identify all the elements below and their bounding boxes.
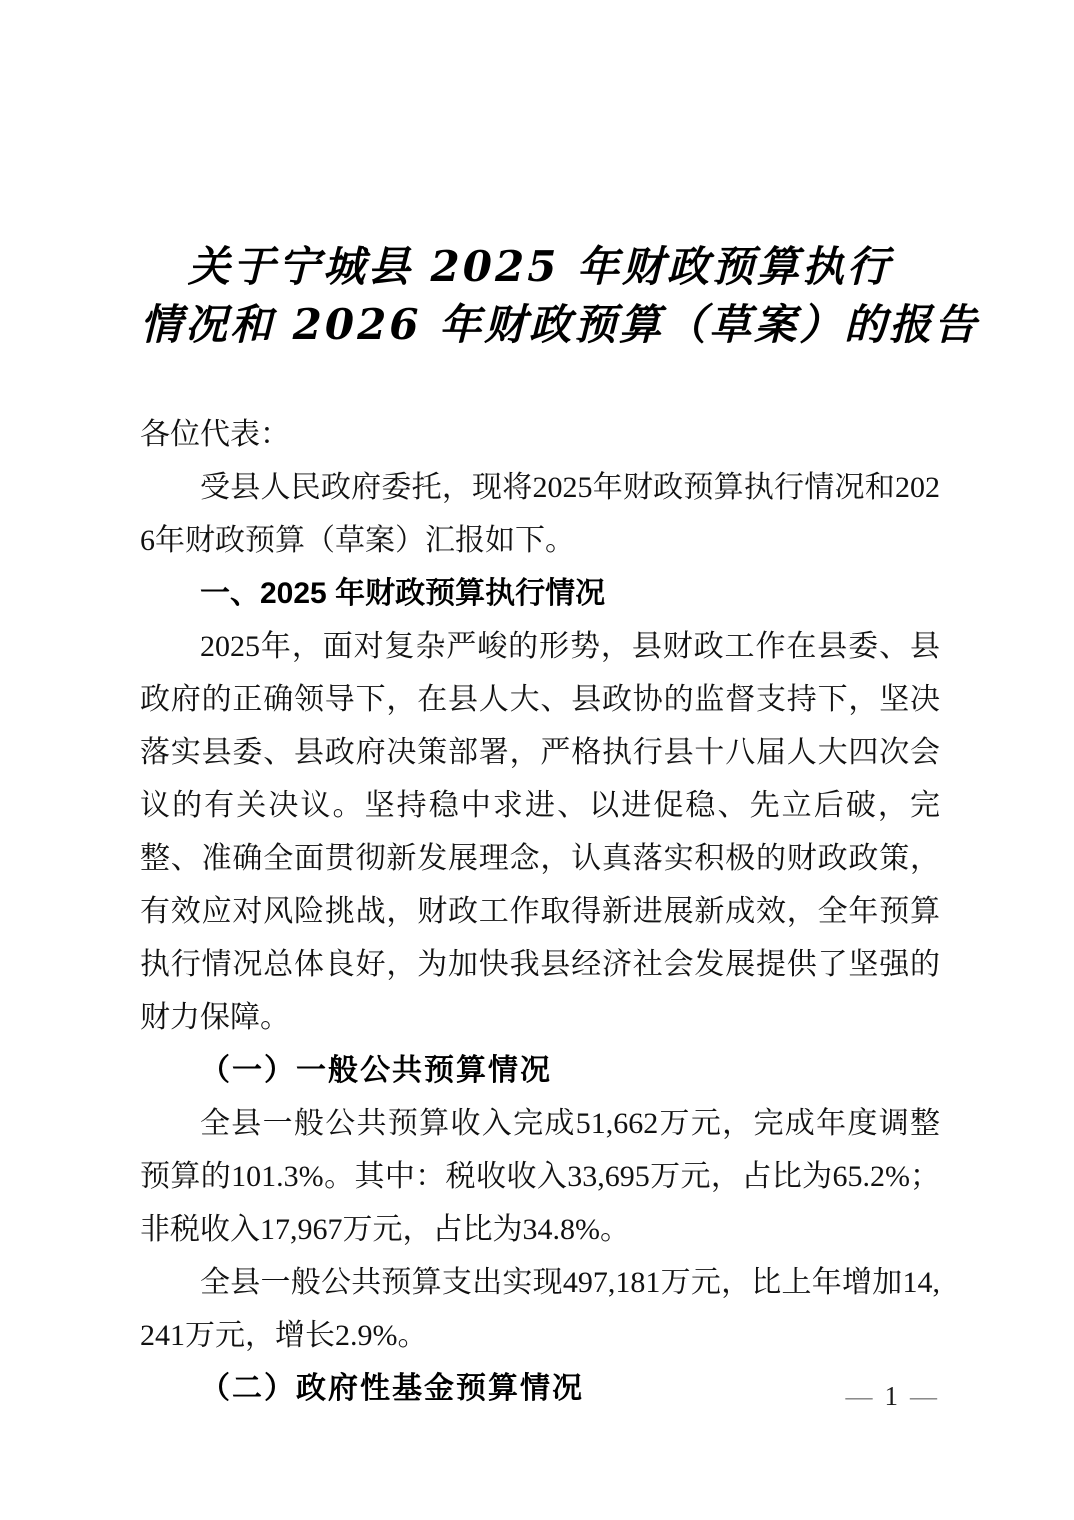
document-title: 关于宁城县 2025 年财政预算执行 情况和 2026 年财政预算（草案）的报告 — [140, 238, 940, 354]
salutation: 各位代表： — [140, 408, 940, 461]
page-number-dash-left: — — [846, 1380, 873, 1412]
paragraph-revenue: 全县一般公共预算收入完成51,662万元，完成年度调整预算的101.3%。其中：… — [140, 1097, 940, 1256]
document-body: 关于宁城县 2025 年财政预算执行 情况和 2026 年财政预算（草案）的报告… — [140, 238, 940, 1415]
section-heading-2025-execution: 一、2025 年财政预算执行情况 — [140, 567, 940, 620]
paragraph-expenditure: 全县一般公共预算支出实现497,181万元，比上年增加14,241万元，增长2.… — [140, 1256, 940, 1362]
title-line-2: 情况和 2026 年财政预算（草案）的报告 — [140, 296, 940, 354]
paragraph-intro: 受县人民政府委托，现将2025年财政预算执行情况和2026年财政预算（草案）汇报… — [140, 461, 940, 567]
paragraph-overview: 2025年，面对复杂严峻的形势，县财政工作在县委、县政府的正确领导下，在县人大、… — [140, 620, 940, 1044]
page-number-value: 1 — [885, 1380, 899, 1412]
page-number-dash-right: — — [910, 1380, 937, 1412]
title-line-1: 关于宁城县 2025 年财政预算执行 — [140, 238, 940, 296]
sub-heading-general-public-budget: （一）一般公共预算情况 — [140, 1044, 940, 1097]
document-page: { "document": { "title_line1": "关于宁城县 20… — [0, 0, 1074, 1520]
page-number: — 1 — — [846, 1380, 938, 1412]
sub-heading-government-fund-budget: （二）政府性基金预算情况 — [140, 1362, 940, 1415]
